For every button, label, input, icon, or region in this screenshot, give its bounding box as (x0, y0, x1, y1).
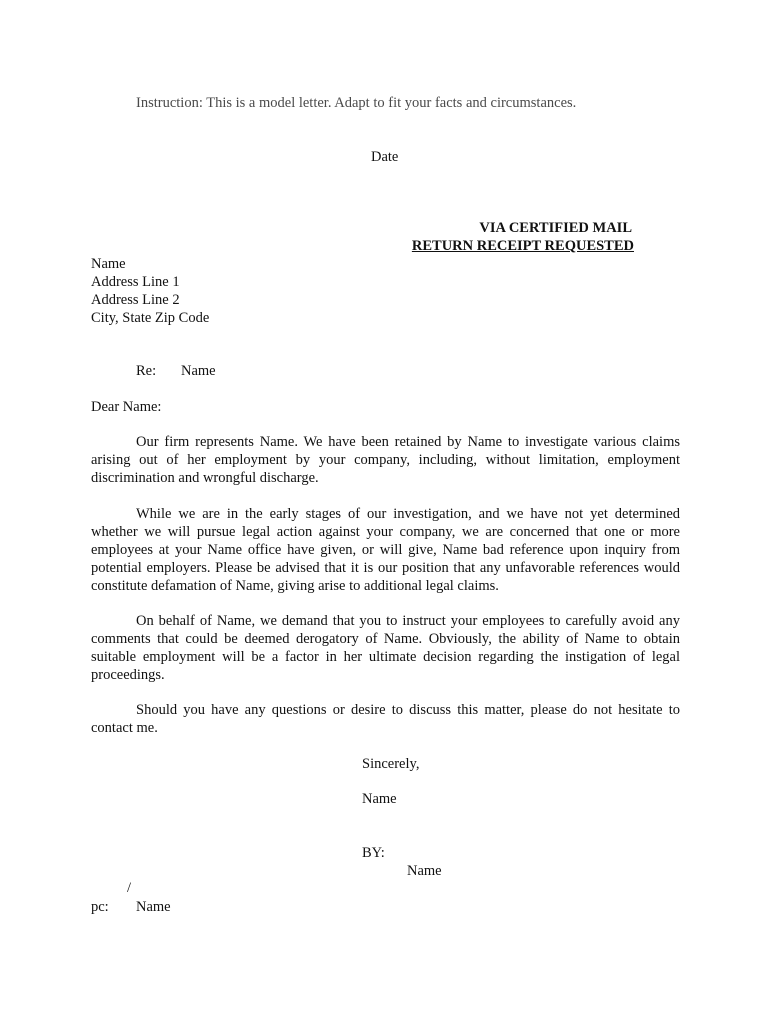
body-paragraph-4: Should you have any questions or desire … (91, 701, 680, 737)
recipient-address-line-1: Address Line 1 (91, 273, 209, 291)
body-paragraph-1: Our firm represents Name. We have been r… (91, 433, 680, 487)
re-value: Name (181, 362, 216, 380)
by-name: Name (407, 862, 442, 880)
pc-label: pc: (91, 899, 109, 915)
closing: Sincerely, (362, 755, 419, 773)
recipient-address-line-2: Address Line 2 (91, 291, 209, 309)
signer-name: Name (362, 790, 397, 808)
re-line: Re: Name (136, 362, 156, 380)
re-label: Re: (136, 363, 156, 379)
letter-date: Date (371, 148, 398, 166)
initials-separator: / (127, 879, 131, 897)
recipient-address-block: Name Address Line 1 Address Line 2 City,… (91, 255, 209, 327)
instruction-note: Instruction: This is a model letter. Ada… (136, 94, 576, 112)
salutation: Dear Name: (91, 398, 161, 416)
recipient-city-state-zip: City, State Zip Code (91, 309, 209, 327)
pc-line: pc: Name (91, 898, 109, 916)
by-label: BY: (362, 844, 385, 862)
recipient-name: Name (91, 255, 209, 273)
body-paragraph-2: While we are in the early stages of our … (91, 505, 680, 595)
delivery-method: VIA CERTIFIED MAIL (479, 219, 632, 237)
pc-value: Name (136, 898, 171, 916)
delivery-receipt-note: RETURN RECEIPT REQUESTED (412, 237, 634, 255)
body-paragraph-3: On behalf of Name, we demand that you to… (91, 612, 680, 684)
